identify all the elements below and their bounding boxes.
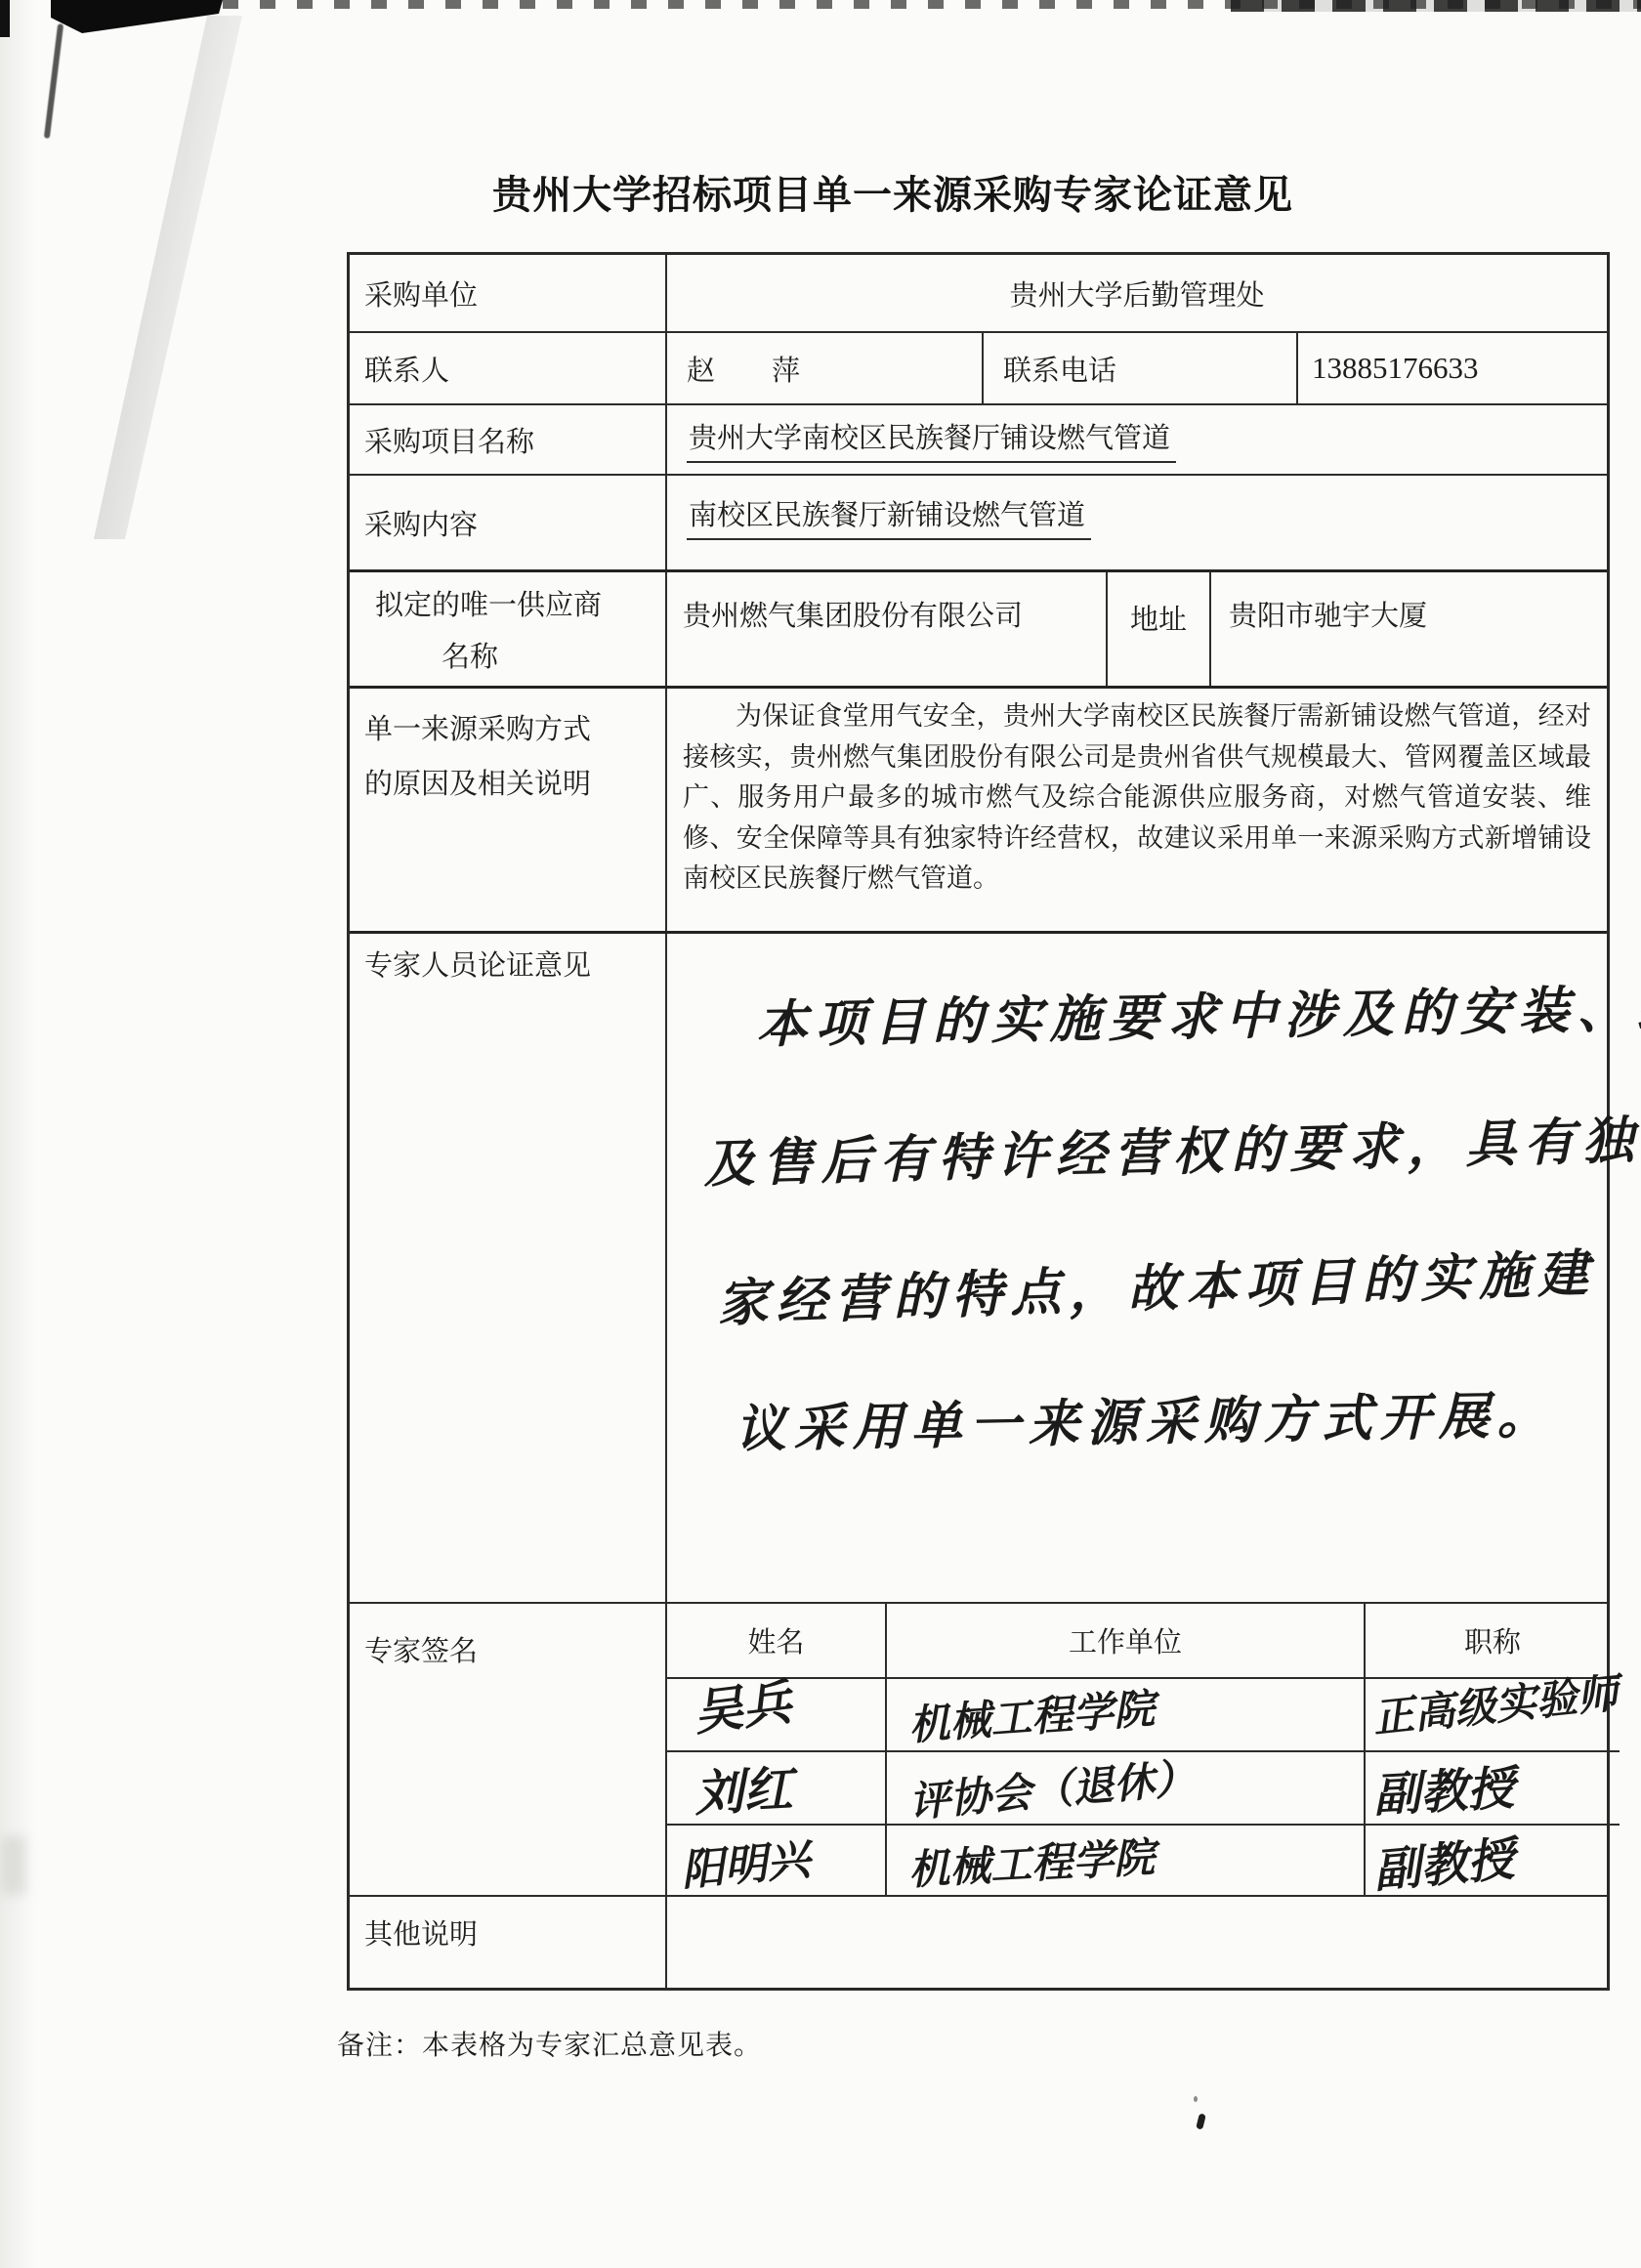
signature-unit: 评协会（退休） bbox=[885, 1745, 1198, 1830]
scan-left-smudge bbox=[0, 1836, 25, 1895]
row-reason: 单一来源采购方式 的原因及相关说明 为保证食堂用气安全，贵州大学南校区民族餐厅需… bbox=[350, 686, 1607, 931]
signature-row-1-unit-cell: 机械工程学院 bbox=[887, 1677, 1366, 1750]
row-expert-opinion: 专家人员论证意见 本项目的实施要求中涉及的安装、维修 及售后有特许经营权的要求，… bbox=[350, 931, 1607, 1602]
signature-title: 副教授 bbox=[1364, 1750, 1515, 1826]
signatures-label: 专家签名 bbox=[350, 1604, 667, 1895]
scan-stray-dot bbox=[1196, 2113, 1206, 2129]
purchase-content-label: 采购内容 bbox=[350, 476, 667, 569]
signature-row-2-name-cell: 刘红 bbox=[667, 1750, 887, 1824]
supplier-address-label: 地址 bbox=[1108, 572, 1211, 686]
supplier-address-value: 贵阳市驰宇大厦 bbox=[1211, 572, 1607, 686]
signature-name: 阳明兴 bbox=[664, 1824, 812, 1898]
contact-label: 联系人 bbox=[350, 333, 667, 403]
signature-row-2-title-cell: 副教授 bbox=[1366, 1750, 1620, 1824]
other-notes-label: 其他说明 bbox=[350, 1897, 667, 1988]
reason-label-line2: 的原因及相关说明 bbox=[364, 757, 665, 812]
project-name-value: 贵州大学南校区民族餐厅铺设燃气管道 bbox=[687, 416, 1176, 463]
scan-page-curl-shadow bbox=[0, 0, 313, 567]
handwritten-line: 本项目的实施要求中涉及的安装、维修 bbox=[756, 966, 1641, 1118]
page-title: 贵州大学招标项目单一来源采购专家论证意见 bbox=[72, 164, 1641, 220]
row-project-name: 采购项目名称 贵州大学南校区民族餐厅铺设燃气管道 bbox=[350, 403, 1607, 474]
form-table: 采购单位 贵州大学后勤管理处 联系人 赵 萍 联系电话 13885176633 … bbox=[347, 252, 1610, 1991]
expert-opinion-handwriting: 本项目的实施要求中涉及的安装、维修 及售后有特许经营权的要求，具有独 家经营的特… bbox=[667, 934, 1641, 1514]
scanned-document-page: 贵州大学招标项目单一来源采购专家论证意见 采购单位 贵州大学后勤管理处 联系人 … bbox=[0, 0, 1641, 2268]
scan-left-band bbox=[0, 0, 35, 2268]
row-signatures: 专家签名 姓名 工作单位 职称 吴兵 机械工程学院 正高级实验师 刘红 bbox=[350, 1602, 1607, 1895]
purchasing-unit-label: 采购单位 bbox=[350, 255, 667, 331]
supplier-label-line2: 名称 bbox=[442, 635, 665, 675]
signatures-grid: 姓名 工作单位 职称 吴兵 机械工程学院 正高级实验师 刘红 评协会（退休） bbox=[667, 1604, 1620, 1895]
supplier-label-line1: 拟定的唯一供应商 bbox=[375, 583, 665, 623]
row-purchasing-unit: 采购单位 贵州大学后勤管理处 bbox=[350, 255, 1607, 331]
signature-row-3-unit-cell: 机械工程学院 bbox=[887, 1824, 1366, 1897]
signature-row-3-title-cell: 副教授 bbox=[1366, 1824, 1620, 1897]
signature-unit: 机械工程学院 bbox=[885, 1676, 1157, 1753]
scan-top-right-mark bbox=[1231, 0, 1641, 12]
scan-edge-chip bbox=[0, 0, 10, 37]
reason-label-line1: 单一来源采购方式 bbox=[364, 702, 665, 757]
handwritten-line: 及售后有特许经营权的要求，具有独 bbox=[702, 1096, 1641, 1258]
purchasing-unit-value: 贵州大学后勤管理处 bbox=[667, 255, 1607, 331]
row-contact: 联系人 赵 萍 联系电话 13885176633 bbox=[350, 331, 1607, 403]
expert-opinion-label: 专家人员论证意见 bbox=[350, 934, 667, 1602]
signature-row-2-unit-cell: 评协会（退休） bbox=[887, 1750, 1366, 1824]
signature-row-1-title-cell: 正高级实验师 bbox=[1366, 1677, 1620, 1750]
row-supplier: 拟定的唯一供应商 名称 贵州燃气集团股份有限公司 地址 贵阳市驰宇大厦 bbox=[350, 569, 1607, 686]
contact-phone-label: 联系电话 bbox=[984, 333, 1298, 403]
signature-name: 刘红 bbox=[665, 1749, 794, 1827]
scan-stray-dot-small bbox=[1194, 2096, 1198, 2102]
footnote: 备注：本表格为专家汇总意见表。 bbox=[337, 2024, 762, 2063]
project-name-label: 采购项目名称 bbox=[350, 405, 667, 474]
contact-phone-value: 13885176633 bbox=[1298, 333, 1607, 403]
purchase-content-value: 南校区民族餐厅新铺设燃气管道 bbox=[687, 493, 1091, 540]
row-purchase-content: 采购内容 南校区民族餐厅新铺设燃气管道 bbox=[350, 474, 1607, 569]
signature-row-1-name-cell: 吴兵 bbox=[667, 1677, 887, 1750]
signature-header-unit: 工作单位 bbox=[887, 1604, 1366, 1677]
other-notes-value bbox=[667, 1897, 1607, 1988]
supplier-value: 贵州燃气集团股份有限公司 bbox=[667, 572, 1108, 686]
signature-row-3-name-cell: 阳明兴 bbox=[667, 1824, 887, 1897]
contact-name-value: 赵 萍 bbox=[667, 333, 984, 403]
signature-title: 副教授 bbox=[1363, 1822, 1516, 1902]
handwritten-line: 议采用单一来源采购方式开展。 bbox=[735, 1370, 1641, 1523]
signature-unit: 机械工程学院 bbox=[886, 1825, 1157, 1897]
signature-name: 吴兵 bbox=[662, 1662, 795, 1747]
row-other-notes: 其他说明 bbox=[350, 1895, 1607, 1988]
reason-text: 为保证食堂用气安全，贵州大学南校区民族餐厅需新铺设燃气管道，经对接核实，贵州燃气… bbox=[667, 689, 1607, 900]
scan-left-mark bbox=[44, 23, 63, 139]
